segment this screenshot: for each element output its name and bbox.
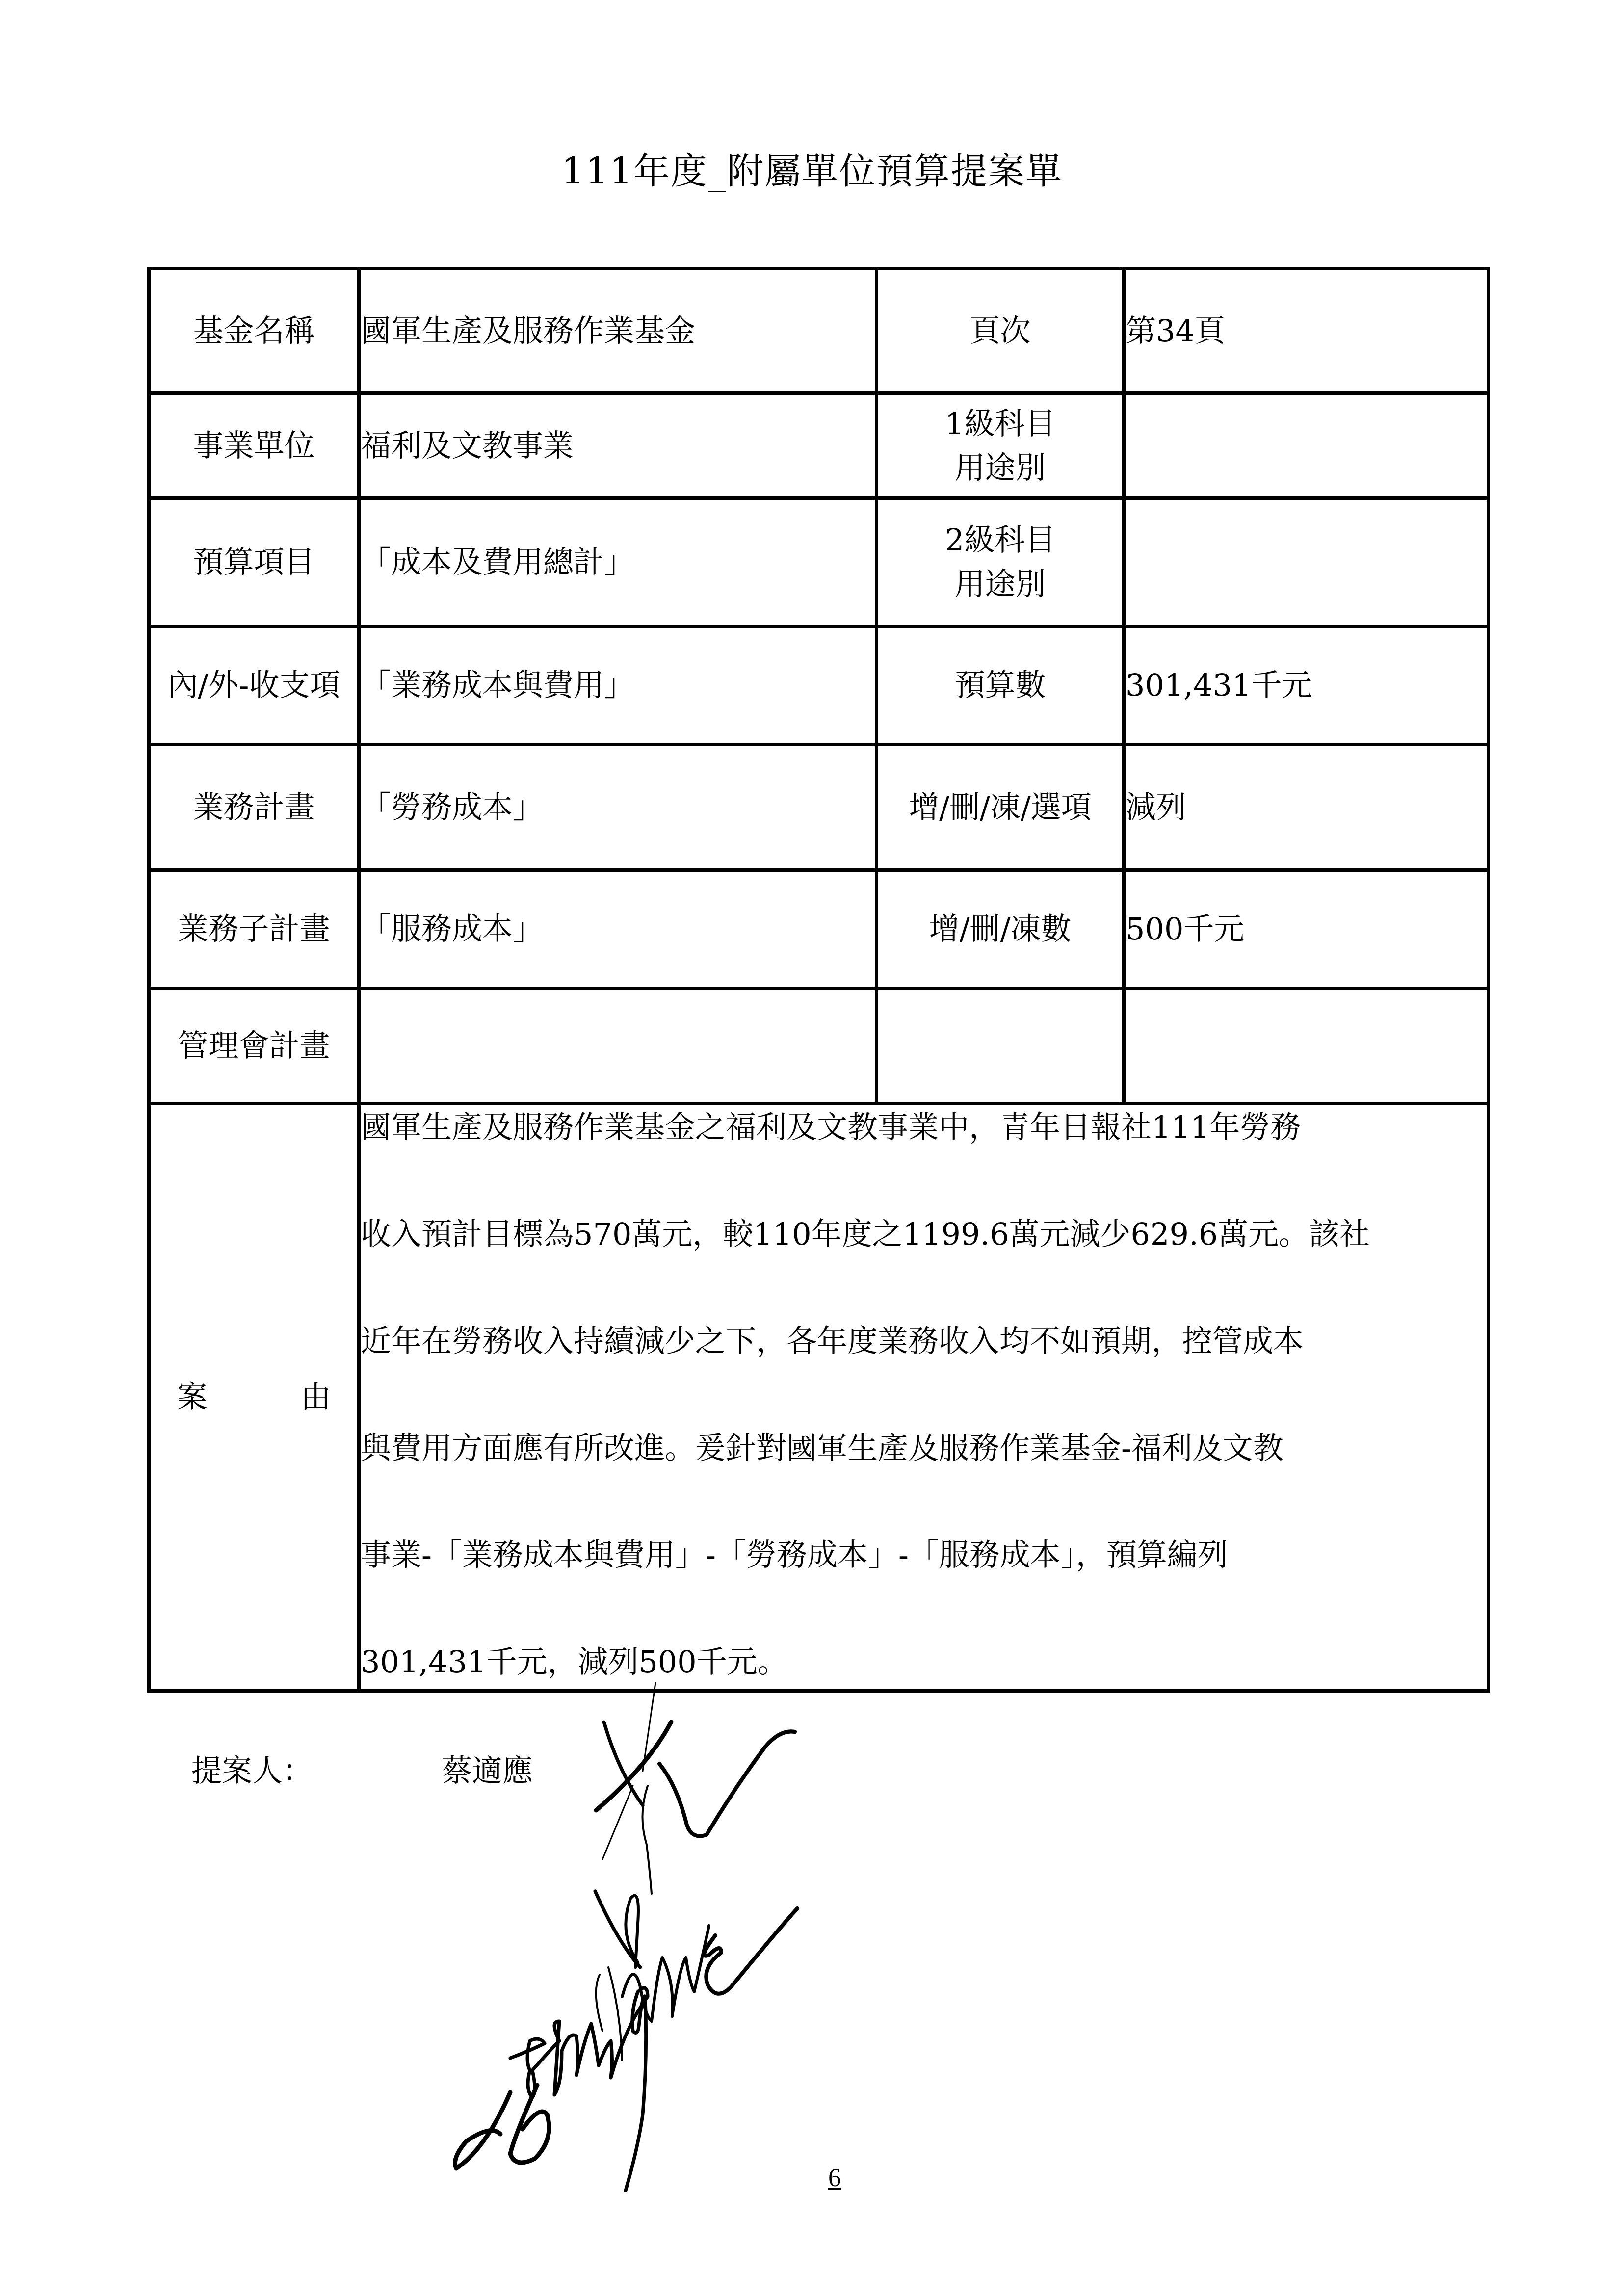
signature-1 — [596, 1683, 795, 1894]
handwritten-signatures — [0, 0, 1624, 2296]
page-number: 6 — [828, 2164, 841, 2192]
